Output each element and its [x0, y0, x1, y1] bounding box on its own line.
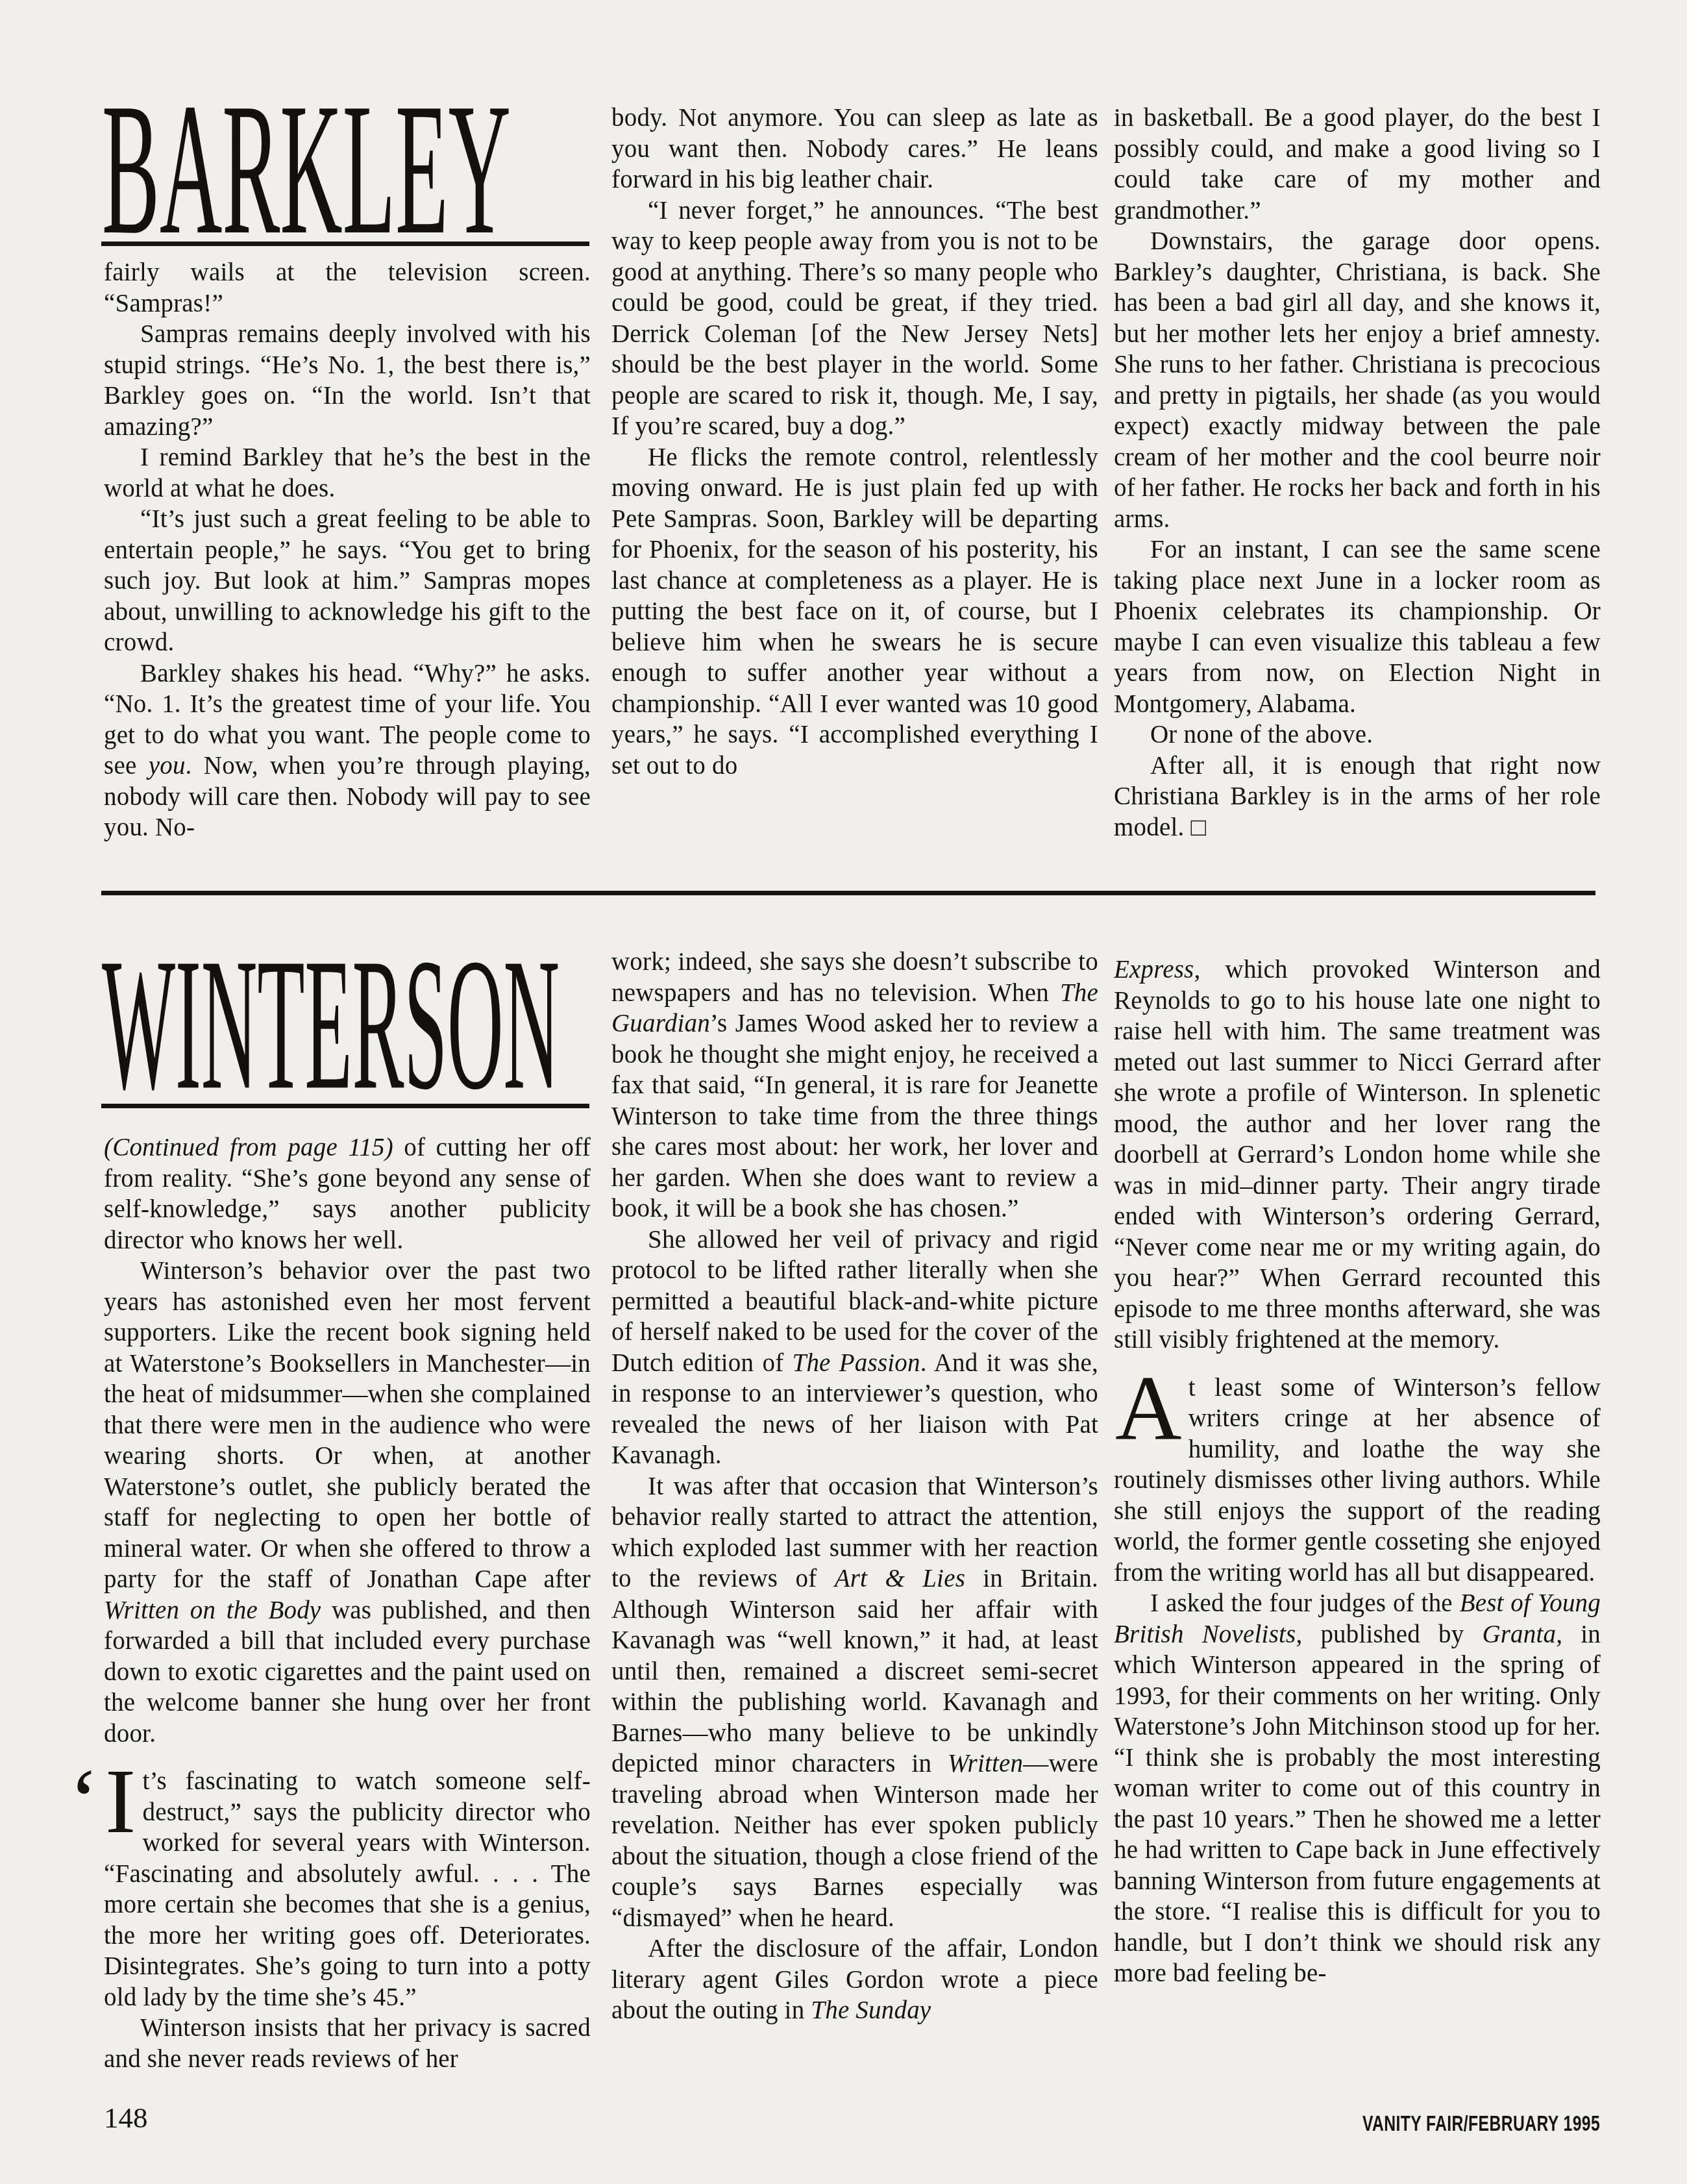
paragraph: After the disclosure of the affair, Lond…	[611, 1933, 1098, 2026]
winterson-column-3: Express, which provoked Winterson and Re…	[1114, 954, 1601, 1989]
drop-cap: A	[1114, 1372, 1188, 1436]
paragraph: She allowed her veil of privacy and rigi…	[611, 1224, 1098, 1471]
paragraph: Express, which provoked Winterson and Re…	[1114, 954, 1601, 1356]
barkley-headline-rule	[101, 242, 589, 246]
paragraph: in basketball. Be a good player, do the …	[1114, 103, 1601, 226]
section-divider	[101, 891, 1595, 895]
paragraph: “It’s just such a great feeling to be ab…	[104, 504, 591, 658]
hanging-quote-mark: ‘	[69, 1756, 99, 1846]
paragraph: “I never forget,” he announces. “The bes…	[611, 195, 1098, 442]
paragraph: I remind Barkley that he’s the best in t…	[104, 442, 591, 504]
paragraph: work; indeed, she says she doesn’t subsc…	[611, 947, 1098, 1224]
paragraph: At least some of Winterson’s fellow writ…	[1114, 1372, 1601, 1589]
paragraph: Or none of the above.	[1114, 719, 1601, 751]
paragraph: Downstairs, the garage door opens. Barkl…	[1114, 226, 1601, 534]
paragraph: For an instant, I can see the same scene…	[1114, 534, 1601, 719]
barkley-headline: BARKLEY	[102, 108, 595, 238]
winterson-headline: WINTERSON	[102, 961, 595, 1097]
paragraph: ‘It’s fascinating to watch someone self-…	[104, 1766, 591, 2013]
page-number: 148	[104, 2101, 148, 2135]
paragraph: fairly wails at the television screen. “…	[104, 257, 591, 319]
paragraph: Sampras remains deeply involved with his…	[104, 319, 591, 442]
paragraph: He flicks the remote control, relentless…	[611, 442, 1098, 782]
paragraph: Barkley shakes his head. “Why?” he asks.…	[104, 658, 591, 843]
winterson-headline-rule	[101, 1104, 589, 1108]
magazine-page: BARKLEY fairly wails at the television s…	[0, 0, 1687, 2184]
winterson-headline-text: WINTERSON	[102, 919, 560, 1129]
paragraph: I asked the four judges of the Best of Y…	[1114, 1588, 1601, 1989]
paragraph: Winterson’s behavior over the past two y…	[104, 1256, 591, 1749]
footer-magazine-credit: VANITY FAIR/FEBRUARY 1995	[1362, 2111, 1600, 2136]
winterson-column-1: (Continued from page 115) of cutting her…	[104, 1132, 591, 2074]
paragraph: Winterson insists that her privacy is sa…	[104, 2013, 591, 2074]
paragraph: (Continued from page 115) of cutting her…	[104, 1132, 591, 1256]
barkley-column-2: body. Not anymore. You can sleep as late…	[611, 103, 1098, 781]
winterson-column-2: work; indeed, she says she doesn’t subsc…	[611, 947, 1098, 2026]
paragraph: It was after that occasion that Winterso…	[611, 1471, 1098, 1934]
drop-cap: I	[104, 1766, 143, 1830]
paragraph: After all, it is enough that right now C…	[1114, 751, 1601, 843]
barkley-column-1: fairly wails at the television screen. “…	[104, 257, 591, 843]
paragraph: body. Not anymore. You can sleep as late…	[611, 103, 1098, 195]
barkley-column-3: in basketball. Be a good player, do the …	[1114, 103, 1601, 843]
